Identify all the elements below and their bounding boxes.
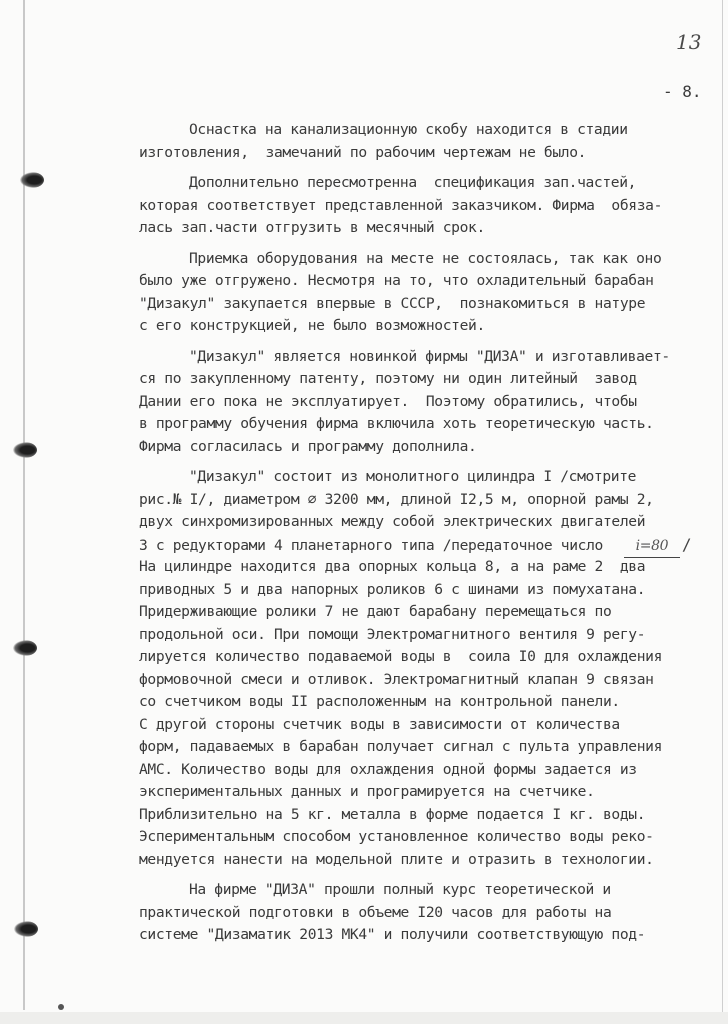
text-line: "Дизакул" является новинкой фирмы "ДИЗА"… [139,346,714,369]
text-line: На цилиндре находится два опорных кольца… [139,556,714,579]
handwritten-slash: / [682,535,691,554]
text-line: ся по закупленному патенту, поэтому ни о… [139,368,714,391]
text-line: Оснастка на канализационную скобу находи… [139,119,714,142]
text-line: лась зап.части отгрузить в месячный срок… [139,217,714,240]
handwritten-gear-ratio: i=80 [624,535,680,559]
text-line: "Дизакул" состоит из монолитного цилиндр… [139,466,714,489]
handwritten-folio-number: 13 [676,30,701,54]
text-line: продольной оси. При помощи Электромагнит… [139,624,714,647]
page-right-edge [722,0,723,1024]
text-line: формовочной смеси и отливок. Электромагн… [139,669,714,692]
text-line: Приемка оборудования на месте не состоял… [139,248,714,271]
binding-hole [20,172,44,188]
text-line: На фирме "ДИЗА" прошли полный курс теоре… [139,879,714,902]
text-line: Дании его пока не эксплуатирует. Поэтому… [139,391,714,414]
paragraph: Приемка оборудования на месте не состоял… [139,248,714,338]
page-bottom-edge [0,1012,728,1024]
text-line: которая соответствует представленной зак… [139,195,714,218]
page-number: - 8. [663,82,702,101]
text-line: С другой стороны счетчик воды в зависимо… [139,714,714,737]
text-line: в программу обучения фирма включила хоть… [139,413,714,436]
text-line: экспериментальных данных и програмируетс… [139,781,714,804]
paragraph: На фирме "ДИЗА" прошли полный курс теоре… [139,879,714,947]
text-line: мендуется нанести на модельной плите и о… [139,849,714,872]
text-line: изготовления, замечаний по рабочим черте… [139,142,714,165]
text-line: приводных 5 и два напорных роликов 6 с ш… [139,579,714,602]
text-line: Фирма согласилась и программу дополнила. [139,436,714,459]
document-page: 13 - 8. Оснастка на канализационную скоб… [0,0,728,1024]
text-line: 3 с редукторами 4 планетарного типа /пер… [139,537,603,554]
ink-speck [58,1004,64,1010]
text-line: со счетчиком воды II расположенным на ко… [139,691,714,714]
text-line: форм, падаваемых в барабан получает сигн… [139,736,714,759]
paragraph: "Дизакул" состоит из монолитного цилиндр… [139,466,714,871]
document-body: Оснастка на канализационную скобу находи… [139,119,714,955]
paragraph: Дополнительно пересмотренна спецификация… [139,172,714,240]
paragraph: "Дизакул" является новинкой фирмы "ДИЗА"… [139,346,714,459]
binding-edge-line [23,0,25,1010]
text-line: с его конструкцией, не было возможностей… [139,315,714,338]
text-line: рис.№ I/, диаметром ∅ 3200 мм, длиной I2… [139,489,714,512]
text-line: АМС. Количество воды для охлаждения одно… [139,759,714,782]
text-line: двух синхромизированных между собой элек… [139,511,714,534]
text-line: "Дизакул" закупается впервые в СССР, поз… [139,293,714,316]
text-line: Дополнительно пересмотренна спецификация… [139,172,714,195]
binding-hole [13,442,37,458]
binding-hole [14,921,38,937]
text-line: Приблизительно на 5 кг. металла в форме … [139,804,714,827]
text-line: Придерживающие ролики 7 не дают барабану… [139,601,714,624]
text-line: лируется количество подаваемой воды в со… [139,646,714,669]
text-line: Эспериментальным способом установленное … [139,826,714,849]
text-line: системе "Дизаматик 2013 МК4" и получили … [139,924,714,947]
text-line: практической подготовки в объеме I20 час… [139,902,714,925]
binding-hole [13,640,37,656]
paragraph: Оснастка на канализационную скобу находи… [139,119,714,164]
text-line-with-insert: 3 с редукторами 4 планетарного типа /пер… [139,534,714,557]
text-line: было уже отгружено. Несмотря на то, что … [139,270,714,293]
